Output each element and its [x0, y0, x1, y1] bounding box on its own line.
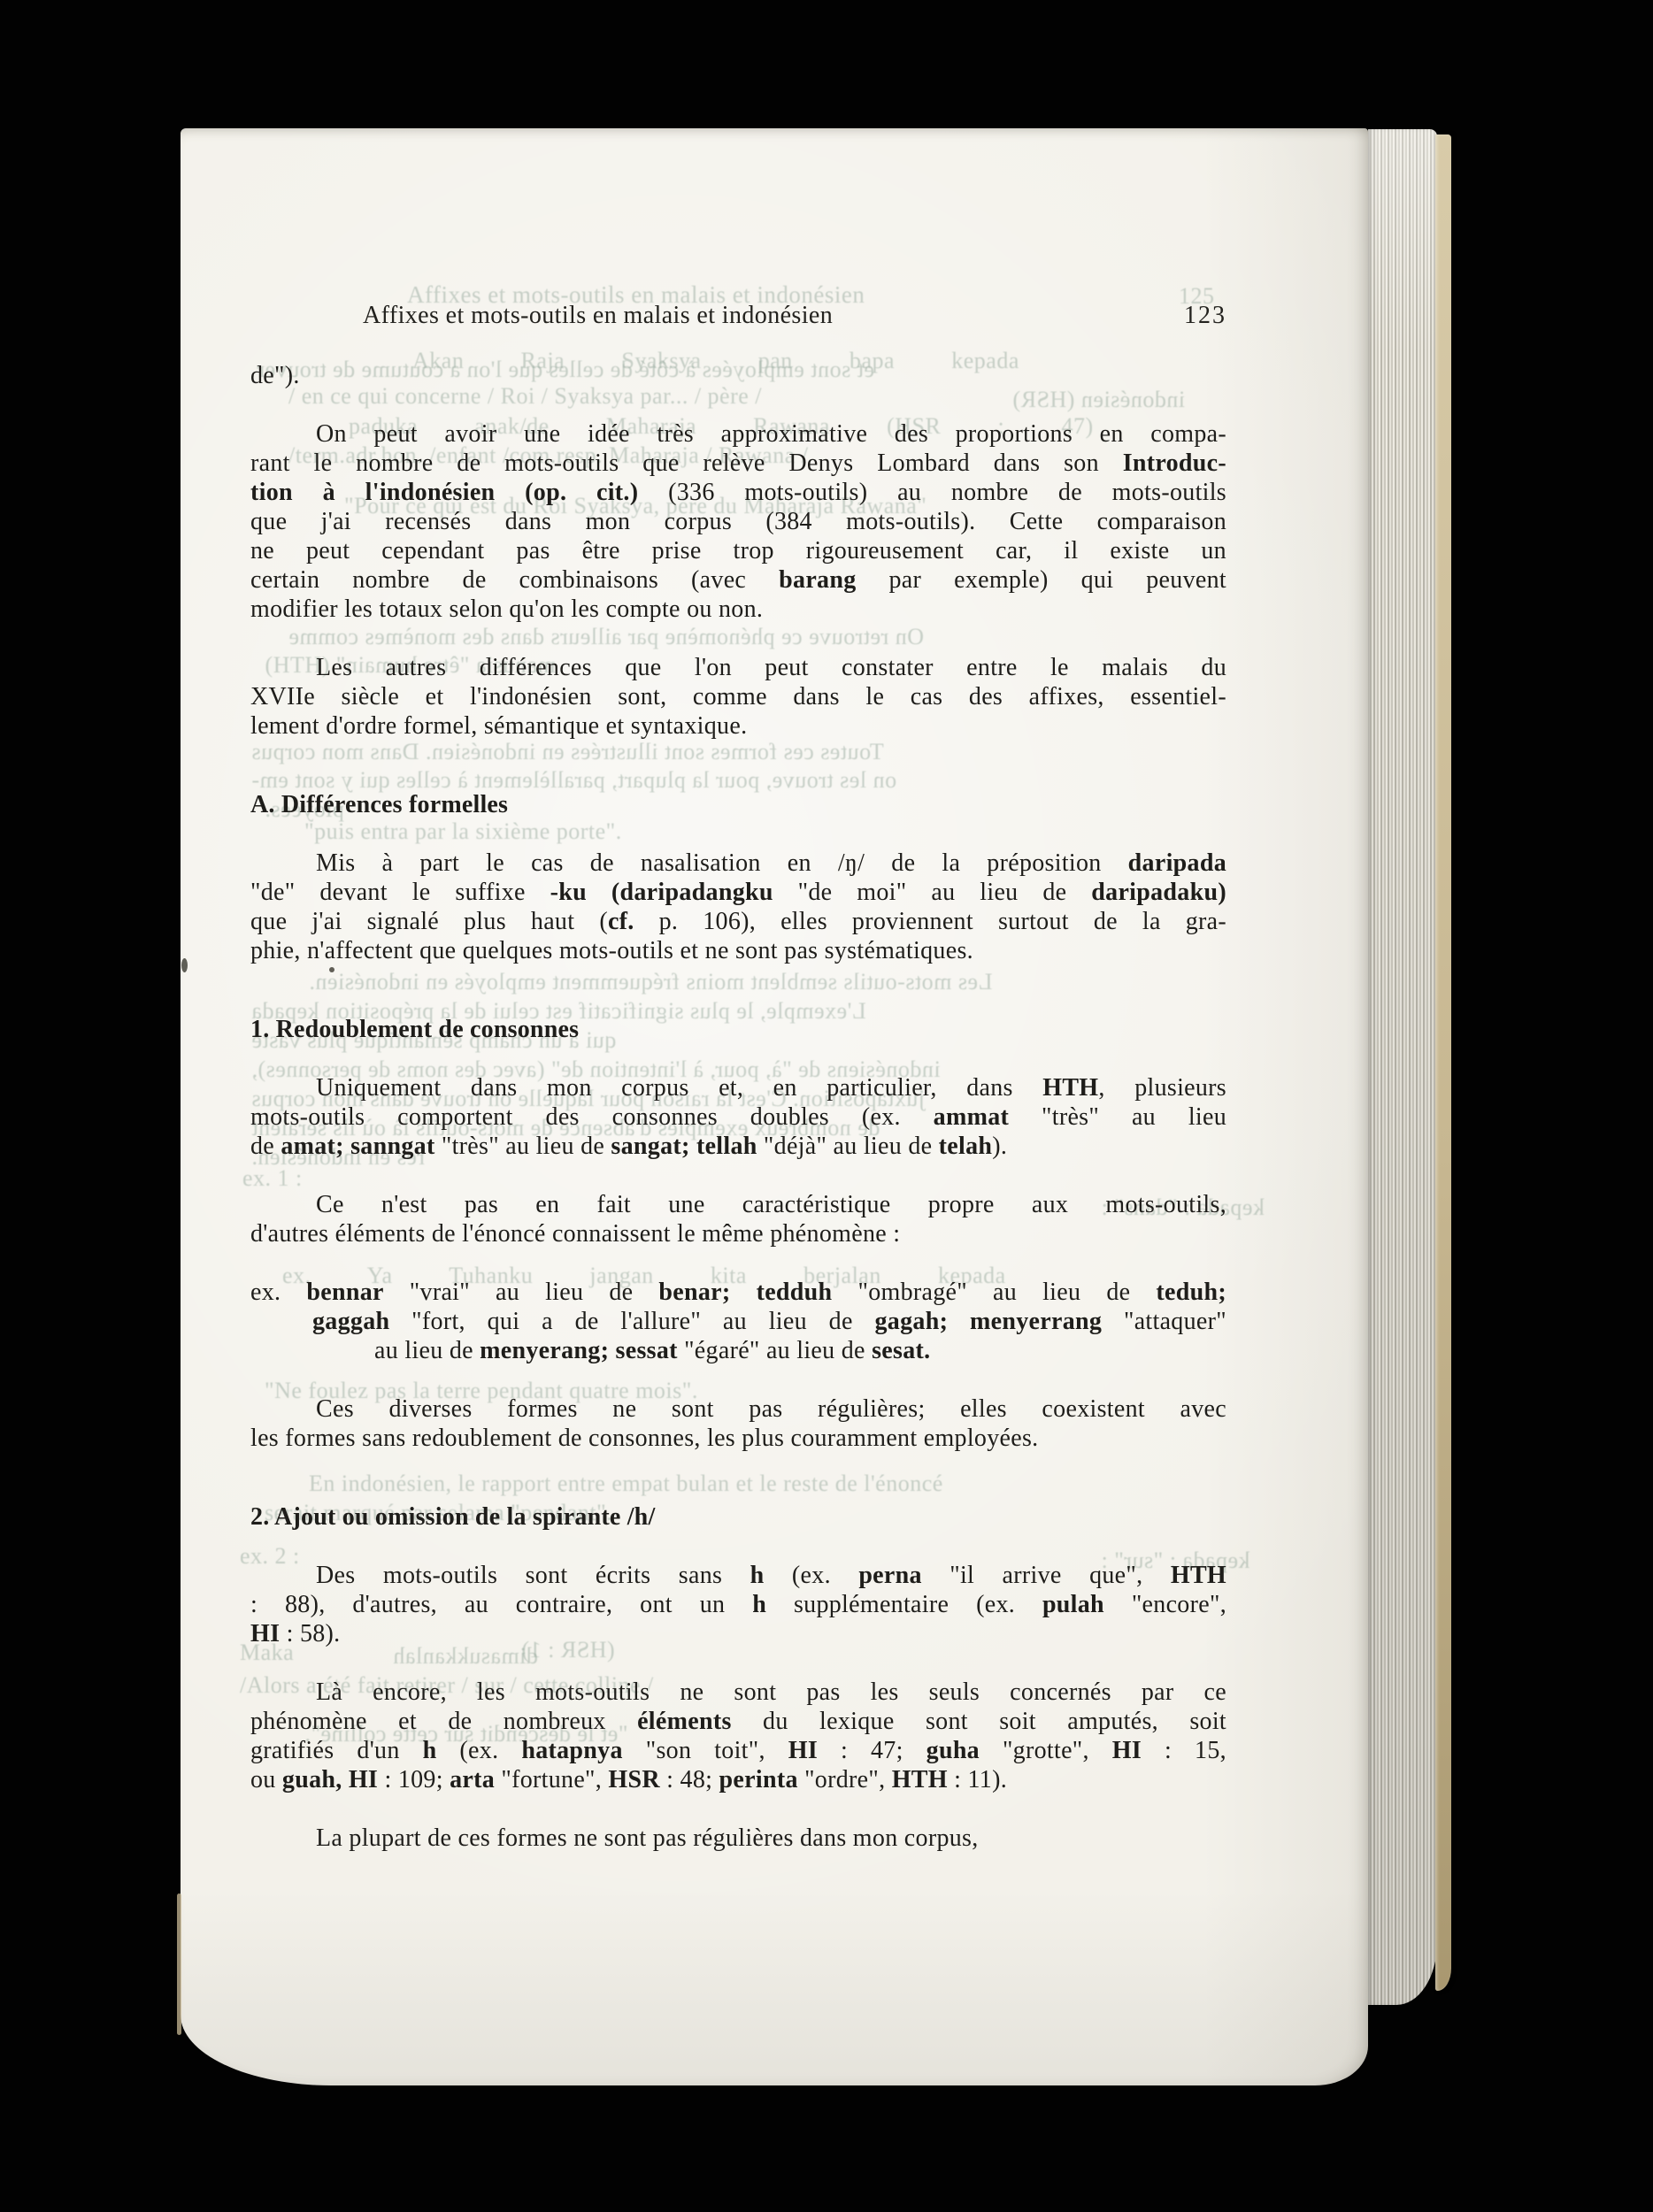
paragraph: On peut avoir une idée très approximativ… [250, 419, 1226, 624]
text-line: d'autres éléments de l'énoncé connaissen… [250, 1219, 1226, 1248]
text-line: gratifiés d'un h (ex. hatapnya "son toit… [250, 1736, 1226, 1765]
text-line: La plupart de ces formes ne sont pas rég… [250, 1824, 1226, 1853]
text-line: HI : 58). [250, 1619, 1226, 1648]
fore-edge-page-stack [1368, 129, 1437, 2005]
text-line: que j'ai signalé plus haut (cf. p. 106),… [250, 907, 1226, 936]
ink-mark [181, 958, 188, 972]
text-line: ou guah, HI : 109; arta "fortune", HSR :… [250, 1765, 1226, 1794]
book-page: Affixes et mots-outils en malais et indo… [181, 128, 1368, 2085]
text-line: XVIIe siècle et l'indonésien sont, comme… [250, 682, 1226, 711]
text-line: phénomène et de nombreux éléments du lex… [250, 1707, 1226, 1736]
text-line: "de" devant le suffixe -ku (daripadangku… [250, 878, 1226, 907]
text-line: rant le nombre de mots-outils que relève… [250, 449, 1226, 478]
paragraph: Ce n'est pas en fait une caractéristique… [250, 1190, 1226, 1248]
book-cover-edge [1435, 134, 1451, 1991]
text-line: Mis à part le cas de nasalisation en /ŋ/… [250, 849, 1226, 878]
section-heading: A. Différences formelles [250, 790, 1226, 819]
text-line: Des mots-outils sont écrits sans h (ex. … [250, 1561, 1226, 1590]
text-line: au lieu de menyerang; sessat "égaré" au … [250, 1336, 1226, 1365]
text-line: phie, n'affectent que quelques mots-outi… [250, 936, 1226, 965]
paragraph: Là encore, les mots-outils ne sont pas l… [250, 1678, 1226, 1794]
continuation-line: de"). [250, 361, 1226, 390]
text-line: A. Différences formelles [250, 790, 1226, 819]
text-line: On peut avoir une idée très approximativ… [250, 419, 1226, 449]
text-line: modifier les totaux selon qu'on les comp… [250, 595, 1226, 624]
black-background: Affixes et mots-outils en malais et indo… [0, 0, 1653, 2212]
section-heading: 1. Redoublement de consonnes [250, 1015, 1226, 1044]
paragraph: Des mots-outils sont écrits sans h (ex. … [250, 1561, 1226, 1648]
text-line: ex. bennar "vrai" au lieu de benar; tedd… [250, 1278, 1226, 1307]
running-head-title: Affixes et mots-outils en malais et indo… [363, 301, 833, 330]
section-heading: 2. Ajout ou omission de la spirante /h/ [250, 1502, 1226, 1532]
paragraph: Ces diverses formes ne sont pas régulièr… [250, 1394, 1226, 1453]
paragraph: Les autres différences que l'on peut con… [250, 653, 1226, 741]
text-line: certain nombre de combinaisons (avec bar… [250, 565, 1226, 595]
text-line: de amat; sanngat "très" au lieu de sanga… [250, 1132, 1226, 1161]
text-line: 1. Redoublement de consonnes [250, 1015, 1226, 1044]
page-number: 123 [1184, 301, 1226, 330]
text-line: Là encore, les mots-outils ne sont pas l… [250, 1678, 1226, 1707]
text-line: Ces diverses formes ne sont pas régulièr… [250, 1394, 1226, 1424]
text-line: mots-outils comportent des consonnes dou… [250, 1102, 1226, 1132]
text-line: les formes sans redoublement de consonne… [250, 1424, 1226, 1453]
text-line: : 88), d'autres, au contraire, ont un h … [250, 1590, 1226, 1619]
text-line: ne peut cependant pas être prise trop ri… [250, 536, 1226, 565]
under-page-edge [177, 1893, 181, 2035]
ink-mark [329, 967, 334, 972]
text-line: tion à l'indonésien (op. cit.) (336 mots… [250, 478, 1226, 507]
example-block: ex. bennar "vrai" au lieu de benar; tedd… [250, 1278, 1226, 1365]
text-line: lement d'ordre formel, sémantique et syn… [250, 711, 1226, 741]
text-line: Uniquement dans mon corpus et, en partic… [250, 1073, 1226, 1102]
text-line: gaggah "fort, qui a de l'allure" au lieu… [250, 1307, 1226, 1336]
paragraph: La plupart de ces formes ne sont pas rég… [250, 1824, 1226, 1853]
paragraph: Mis à part le cas de nasalisation en /ŋ/… [250, 849, 1226, 965]
text-line: 2. Ajout ou omission de la spirante /h/ [250, 1502, 1226, 1532]
text-line: que j'ai recensés dans mon corpus (384 m… [250, 507, 1226, 536]
paragraph: Uniquement dans mon corpus et, en partic… [250, 1073, 1226, 1161]
running-head: Affixes et mots-outils en malais et indo… [250, 301, 1226, 331]
text-line: Ce n'est pas en fait une caractéristique… [250, 1190, 1226, 1219]
text-column: de").On peut avoir une idée très approxi… [250, 361, 1226, 1853]
text-line: Les autres différences que l'on peut con… [250, 653, 1226, 682]
text-line: de"). [250, 361, 1226, 390]
